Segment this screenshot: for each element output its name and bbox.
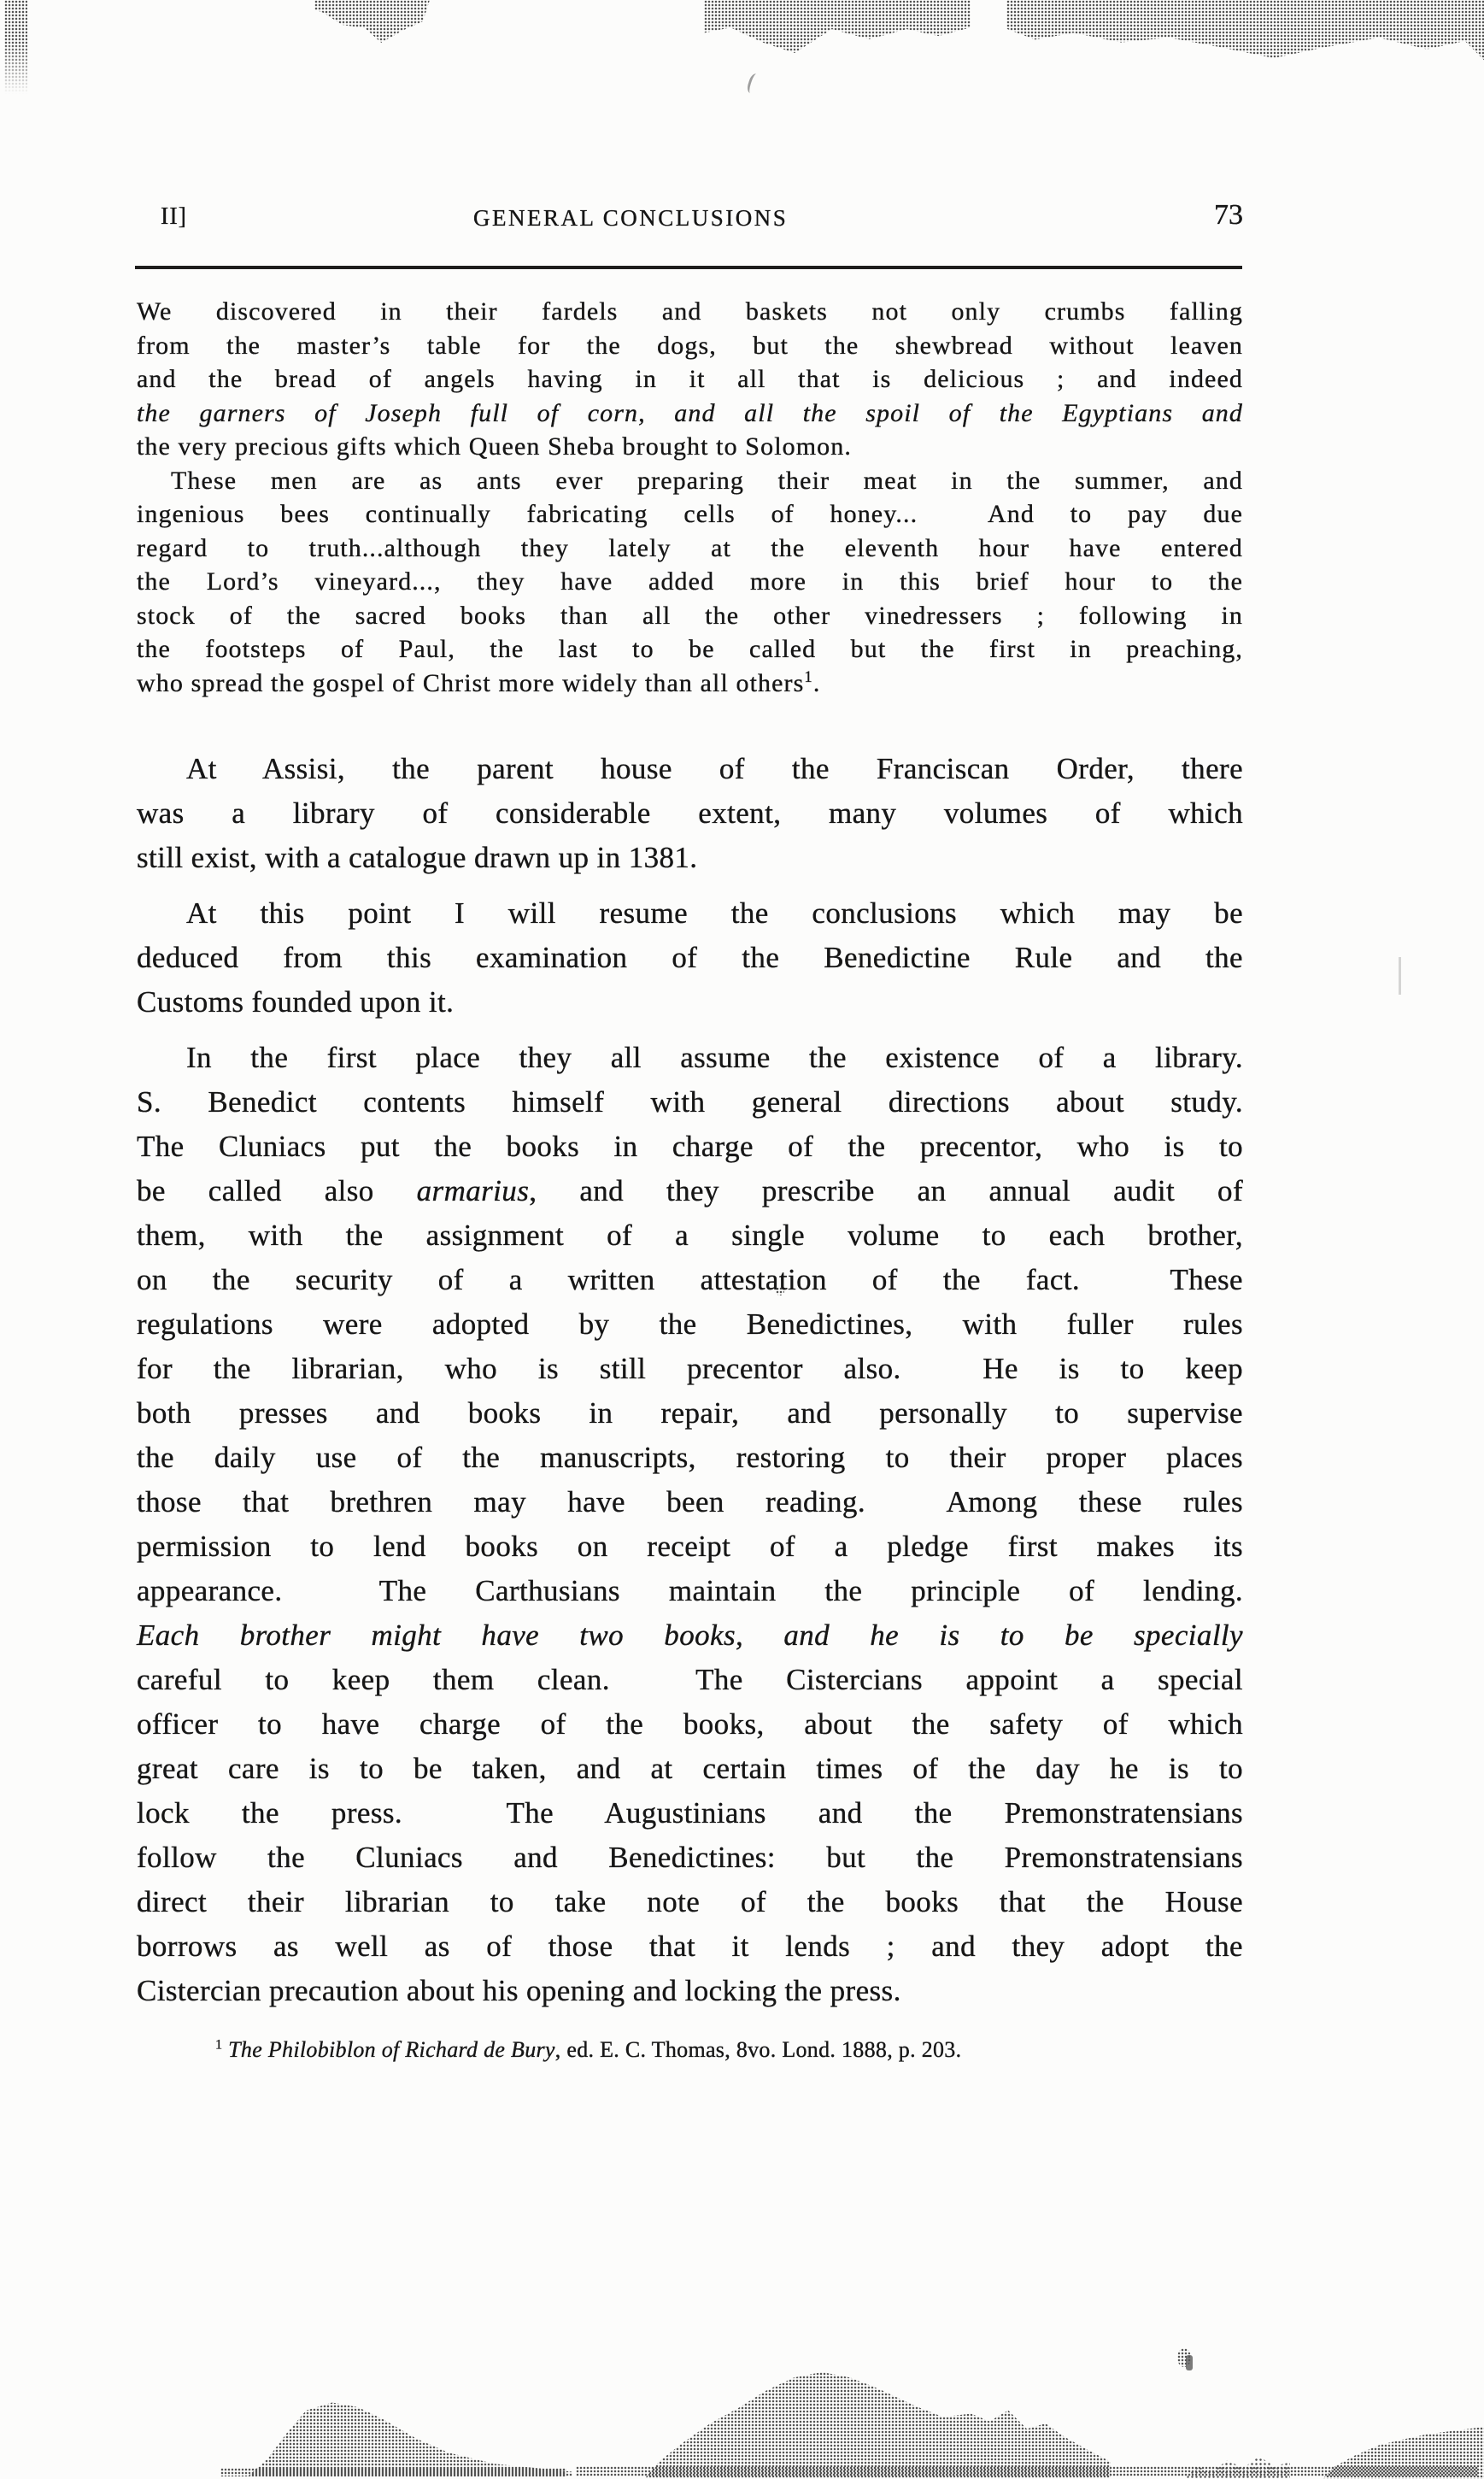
text-run: We discovered in their fardels and baske… [137,297,1243,326]
text-run: deduced from this examination of the Ben… [137,941,1243,974]
text-run: permission to lend books on receipt of a… [137,1530,1243,1563]
text-run: The Cluniacs put the books in charge of … [137,1130,1243,1163]
scan-artifact-tick-mark [746,73,763,96]
text-line: those that brethren may have been readin… [137,1480,1243,1524]
text-line: S. Benedict contents himself with genera… [137,1080,1243,1125]
scan-artifact-top-blob-1 [314,0,430,43]
text-run: appearance. The Carthusians maintain the… [137,1574,1243,1607]
text-line: great care is to be taken, and at certai… [137,1747,1243,1791]
text-line: 1 The Philobiblon of Richard de Bury, ed… [137,2035,1243,2065]
text-line: borrows as well as of those that it lend… [137,1924,1243,1969]
text-run: ingenious bees continually fabricating c… [137,500,1243,528]
text-run: At this point I will resume the conclusi… [186,896,1243,930]
text-line: the very precious gifts which Queen Sheb… [137,430,1243,464]
text-line: be called also armarius, and they prescr… [137,1169,1243,1213]
text-run: . [813,669,821,697]
text-line: Cistercian precaution about his opening … [137,1969,1243,2013]
text-run: regulations were adopted by the Benedict… [137,1307,1243,1341]
scan-artifact-bottom-mound-2 [645,2369,1111,2478]
running-title: GENERAL CONCLUSIONS [473,205,788,232]
text-line: Each brother might have two books, and h… [137,1613,1243,1658]
text-line: the daily use of the manuscripts, restor… [137,1436,1243,1480]
text-line: follow the Cluniacs and Benedictines: bu… [137,1836,1243,1880]
text-line: These men are as ants ever preparing the… [137,464,1243,498]
text-run: The Philobiblon of Richard de Bury [228,2037,555,2062]
text-run: the very precious gifts which Queen Sheb… [137,432,852,461]
text-run: S. Benedict contents himself with genera… [137,1085,1243,1119]
text-run: In the first place they all assume the e… [186,1041,1243,1074]
scan-artifact-bottom-blip [1186,2355,1193,2370]
text-run: stock of the sacred books than all the o… [137,602,1243,630]
text-run: the Lord’s vineyard..., they have added … [137,567,1243,596]
text-run: Customs founded upon it. [137,985,454,1019]
text-line: who spread the gospel of Christ more wid… [137,667,1243,701]
text-line: At this point I will resume the conclusi… [137,891,1243,936]
text-run: them, with the assignment of a single vo… [137,1219,1243,1252]
text-run: both presses and books in repair, and pe… [137,1396,1243,1430]
scan-artifact-top-blob-3 [1006,0,1484,68]
text-line: regulations were adopted by the Benedict… [137,1302,1243,1347]
text-line: them, with the assignment of a single vo… [137,1213,1243,1258]
paragraph: 1 The Philobiblon of Richard de Bury, ed… [137,2035,1243,2065]
text-run: direct their librarian to take note of t… [137,1885,1243,1918]
footnote-reference: 1 [804,668,812,686]
text-line: officer to have charge of the books, abo… [137,1702,1243,1747]
scan-artifact-bottom-baseline-1 [220,2468,566,2476]
text-run: At Assisi, the parent house of the Franc… [186,752,1243,785]
text-run: lock the press. The Augustinians and the… [137,1796,1243,1830]
chapter-number: II] [161,203,187,231]
text-run: the daily use of the manuscripts, restor… [137,1441,1243,1474]
text-line: and the bread of angels having in it all… [137,362,1243,397]
paragraph: At this point I will resume the conclusi… [137,891,1243,1025]
text-line: the footsteps of Paul, the last to be ca… [137,632,1243,667]
text-run: great care is to be taken, and at certai… [137,1752,1243,1785]
text-line: Customs founded upon it. [137,980,1243,1025]
text-line: In the first place they all assume the e… [137,1036,1243,1080]
running-head: II] GENERAL CONCLUSIONS 73 [137,199,1243,238]
text-run: the footsteps of Paul, the last to be ca… [137,635,1243,663]
scan-artifact-bottom-baseline-2 [576,2466,1478,2476]
text-run: follow the Cluniacs and Benedictines: bu… [137,1841,1243,1874]
paragraph: In the first place they all assume the e… [137,1036,1243,2013]
footnote: 1 The Philobiblon of Richard de Bury, ed… [137,2035,1243,2065]
text-line: was a library of considerable extent, ma… [137,791,1243,836]
text-line: We discovered in their fardels and baske… [137,295,1243,329]
quotation-block: We discovered in their fardels and baske… [137,295,1243,700]
body-text: At Assisi, the parent house of the Franc… [137,747,1243,2013]
text-line: direct their librarian to take note of t… [137,1880,1243,1924]
text-line: for the librarian, who is still precento… [137,1347,1243,1391]
scanned-book-page: II] GENERAL CONCLUSIONS 73 We discovered… [0,0,1484,2479]
scan-artifact-top-blob-2 [704,0,971,53]
scan-artifact-top-left-strip [4,0,27,94]
text-run: borrows as well as of those that it lend… [137,1930,1243,1963]
text-line: The Cluniacs put the books in charge of … [137,1125,1243,1169]
text-run: regard to truth...although they lately a… [137,534,1243,562]
text-run: those that brethren may have been readin… [137,1485,1243,1519]
scan-artifact-right-edge-line [1399,957,1401,995]
text-run: Cistercian precaution about his opening … [137,1974,901,2007]
text-line: At Assisi, the parent house of the Franc… [137,747,1243,791]
text-line: stock of the sacred books than all the o… [137,599,1243,633]
header-rule [135,266,1242,269]
text-line: the garners of Joseph full of corn, and … [137,397,1243,431]
text-line: on the security of a written attestation… [137,1258,1243,1302]
text-line: the Lord’s vineyard..., they have added … [137,565,1243,599]
text-run: These men are as ants ever preparing the… [171,467,1243,495]
text-line: permission to lend books on receipt of a… [137,1524,1243,1569]
text-line: appearance. The Carthusians maintain the… [137,1569,1243,1613]
text-run: officer to have charge of the books, abo… [137,1707,1243,1741]
text-run: careful to keep them clean. The Cisterci… [137,1663,1243,1696]
scan-artifact-bottom-mound-1 [248,2398,572,2476]
text-run: the garners of Joseph full of corn, and … [137,399,1243,427]
text-line: regard to truth...although they lately a… [137,532,1243,566]
paragraph: These men are as ants ever preparing the… [137,464,1243,701]
text-run: for the librarian, who is still precento… [137,1352,1243,1385]
text-run: who spread the gospel of Christ more wid… [137,669,804,697]
text-line: from the master’s table for the dogs, bu… [137,329,1243,363]
text-run: on the security of a written attestation… [137,1263,1243,1296]
paragraph: We discovered in their fardels and baske… [137,295,1243,464]
text-run: still exist, with a catalogue drawn up i… [137,841,697,874]
text-run: be called also [137,1174,417,1207]
text-line: lock the press. The Augustinians and the… [137,1791,1243,1836]
page-number: 73 [1214,199,1243,232]
text-line: both presses and books in repair, and pe… [137,1391,1243,1436]
text-line: deduced from this examination of the Ben… [137,936,1243,980]
text-line: careful to keep them clean. The Cisterci… [137,1658,1243,1702]
paragraph: At Assisi, the parent house of the Franc… [137,747,1243,880]
text-run: was a library of considerable extent, ma… [137,796,1243,830]
text-run: Each brother might have two books, and h… [137,1618,1243,1652]
text-run: from the master’s table for the dogs, bu… [137,332,1243,360]
text-run: , and they prescribe an annual audit of [529,1174,1243,1207]
text-run: and the bread of angels having in it all… [137,365,1243,393]
text-line: still exist, with a catalogue drawn up i… [137,836,1243,880]
text-run: , ed. E. C. Thomas, 8vo. Lond. 1888, p. … [555,2037,962,2062]
text-run: armarius [417,1174,530,1207]
text-line: ingenious bees continually fabricating c… [137,497,1243,532]
